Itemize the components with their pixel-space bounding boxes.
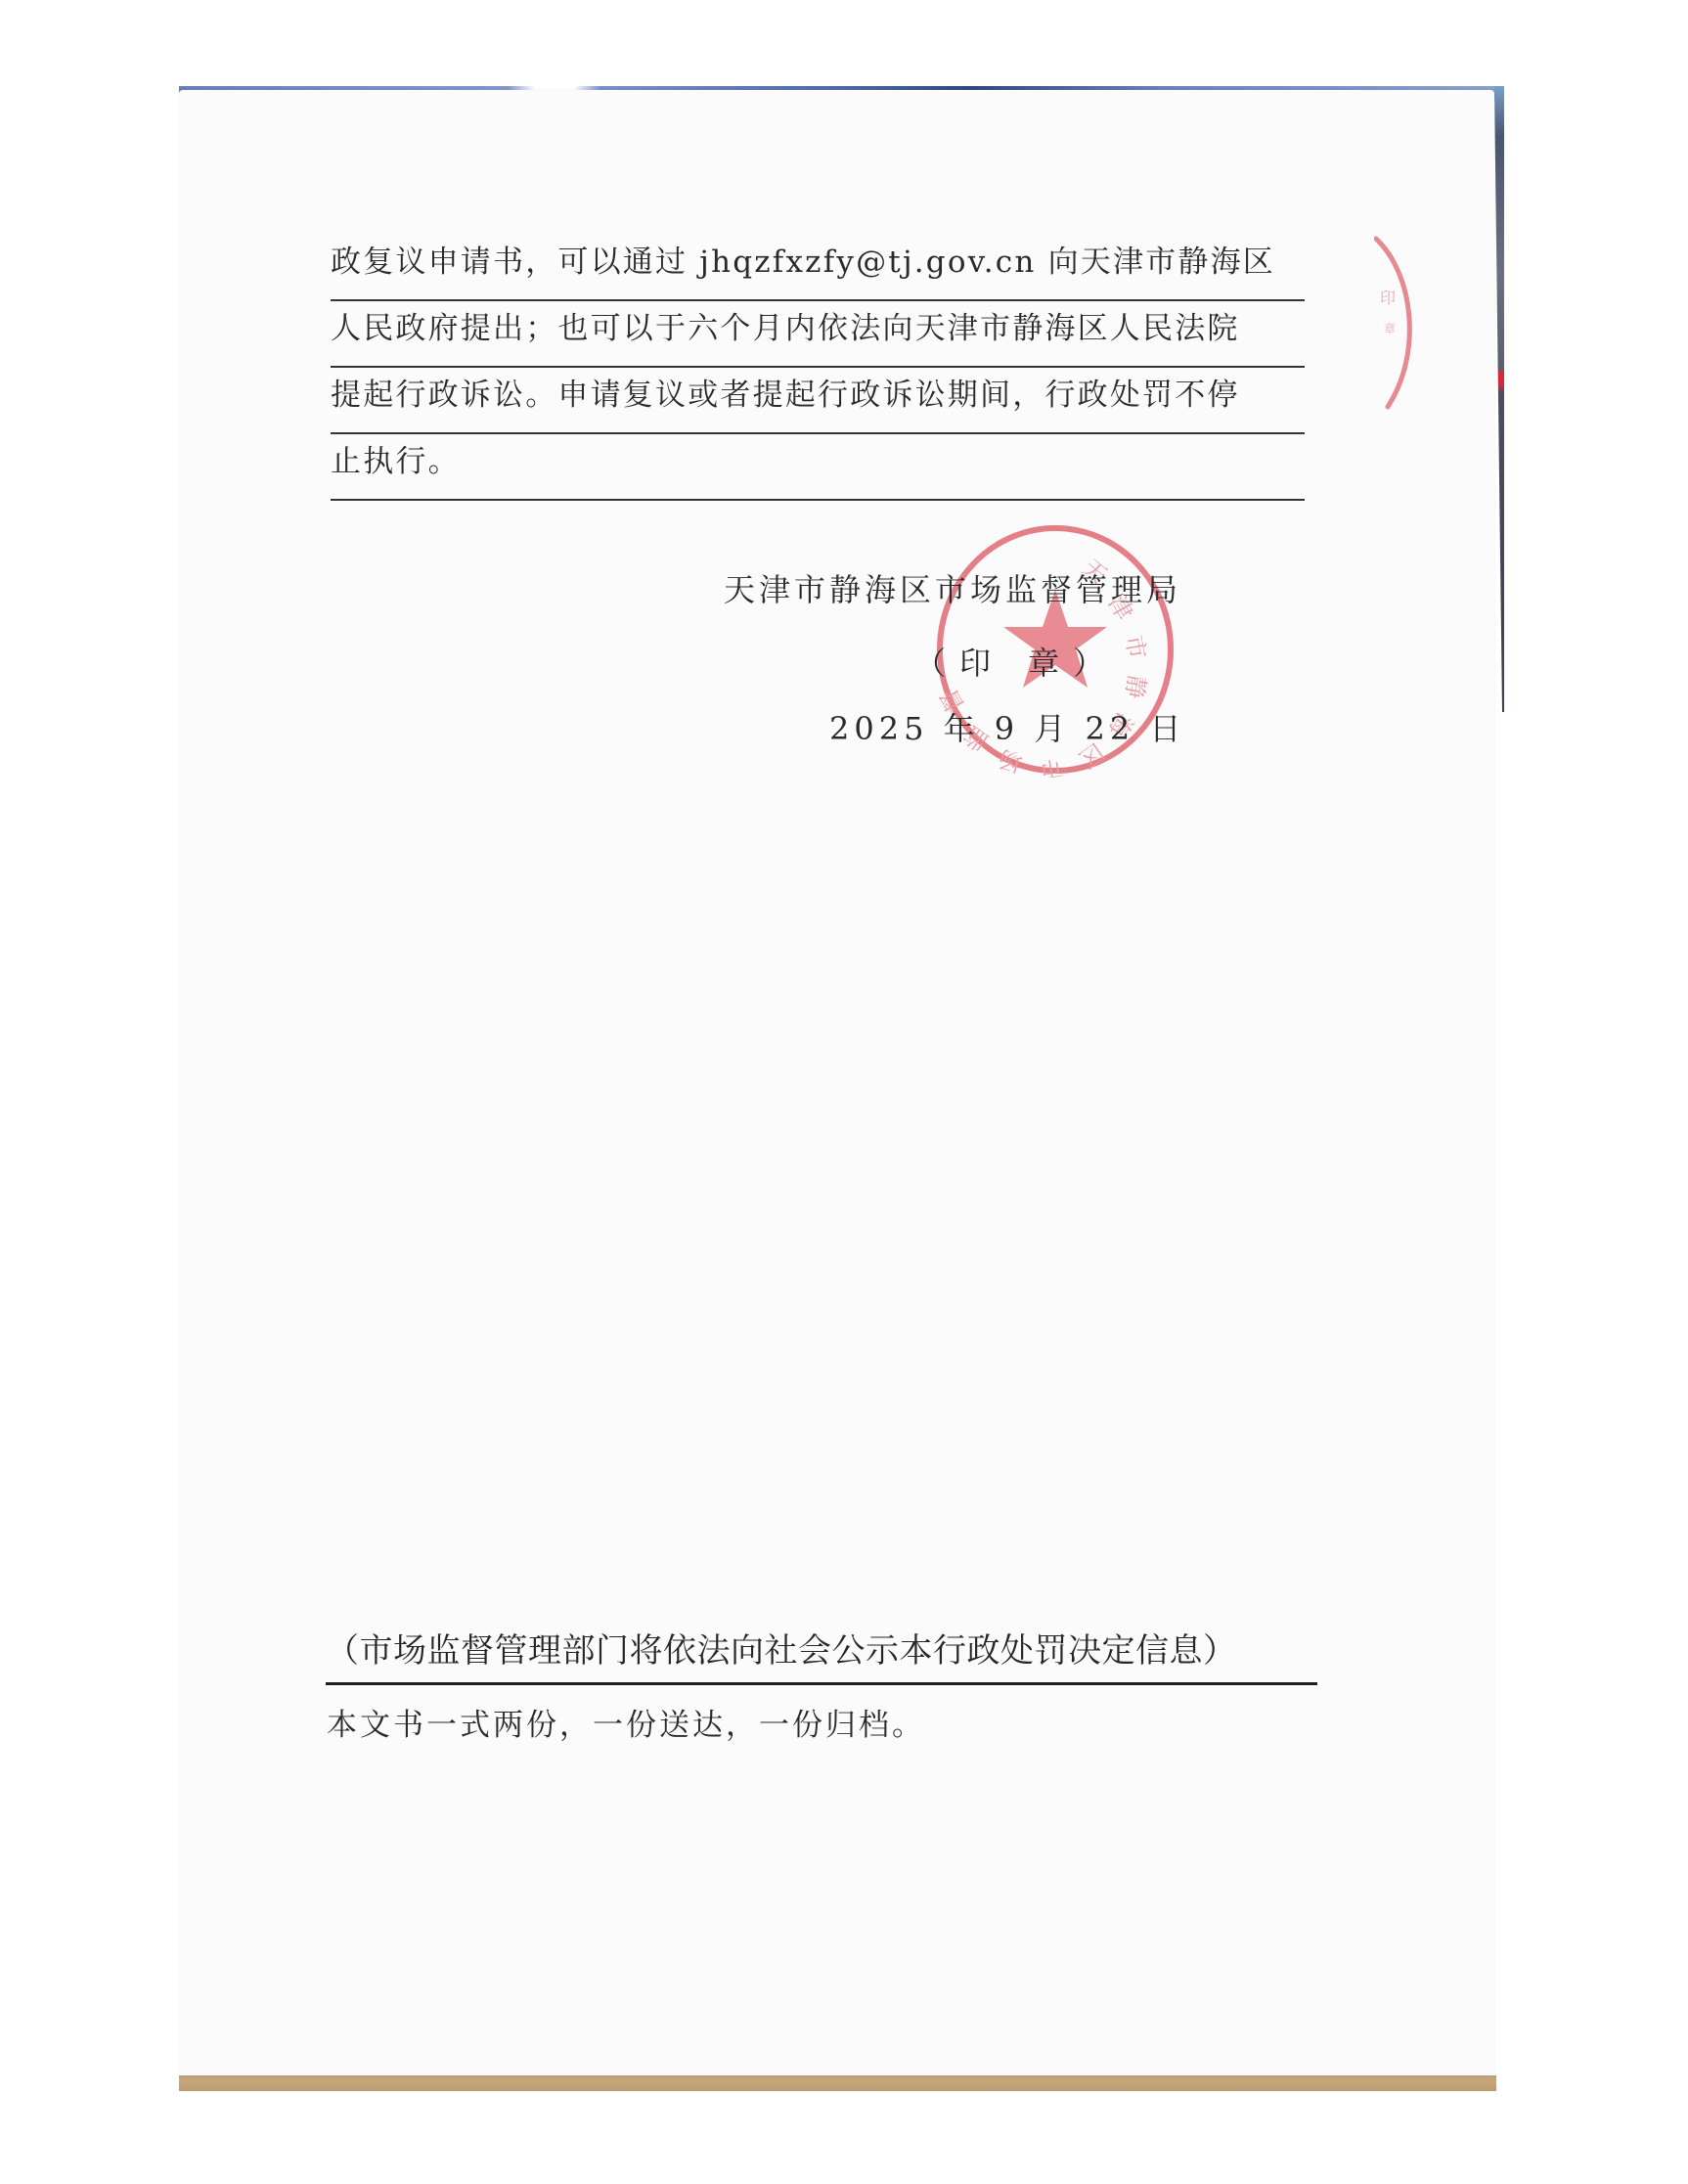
issue-date: 2025 年 9 月 22 日 bbox=[829, 704, 1185, 749]
background-right-edge bbox=[1494, 86, 1504, 712]
body-line: 提起行政诉讼。申请复议或者提起行政诉讼期间，行政处罚不停 bbox=[331, 368, 1305, 434]
svg-text:印: 印 bbox=[1380, 289, 1396, 307]
partial-seal-icon: 印 章 bbox=[1374, 235, 1433, 411]
svg-text:章: 章 bbox=[1384, 321, 1396, 335]
issuing-organization: 天津市静海区市场监督管理局 bbox=[724, 565, 1181, 610]
appeal-rights-paragraph: 政复议申请书，可以通过 jhqzfxzfy@tj.gov.cn 向天津市静海区 … bbox=[331, 235, 1305, 501]
publicity-notice: （市场监督管理部门将依法向社会公示本行政处罚决定信息） bbox=[326, 1624, 1237, 1671]
body-line: 止执行。 bbox=[331, 434, 1305, 501]
divider-rule bbox=[326, 1682, 1317, 1685]
seal-label: （印 章） bbox=[914, 639, 1118, 684]
desk-surface bbox=[179, 2075, 1496, 2091]
body-line: 政复议申请书，可以通过 jhqzfxzfy@tj.gov.cn 向天津市静海区 bbox=[331, 235, 1305, 301]
body-line: 人民政府提出；也可以于六个月内依法向天津市静海区人民法院 bbox=[331, 301, 1305, 368]
svg-text:市: 市 bbox=[1120, 633, 1151, 660]
copies-note: 本文书一式两份，一份送达，一份归档。 bbox=[327, 1700, 925, 1744]
svg-text:市: 市 bbox=[1037, 754, 1064, 778]
svg-text:静: 静 bbox=[1120, 673, 1151, 700]
photo-canvas: 印 章 政复议申请书，可以通过 jhqzfxzfy@tj.gov.cn 向天津市… bbox=[0, 0, 1688, 2184]
